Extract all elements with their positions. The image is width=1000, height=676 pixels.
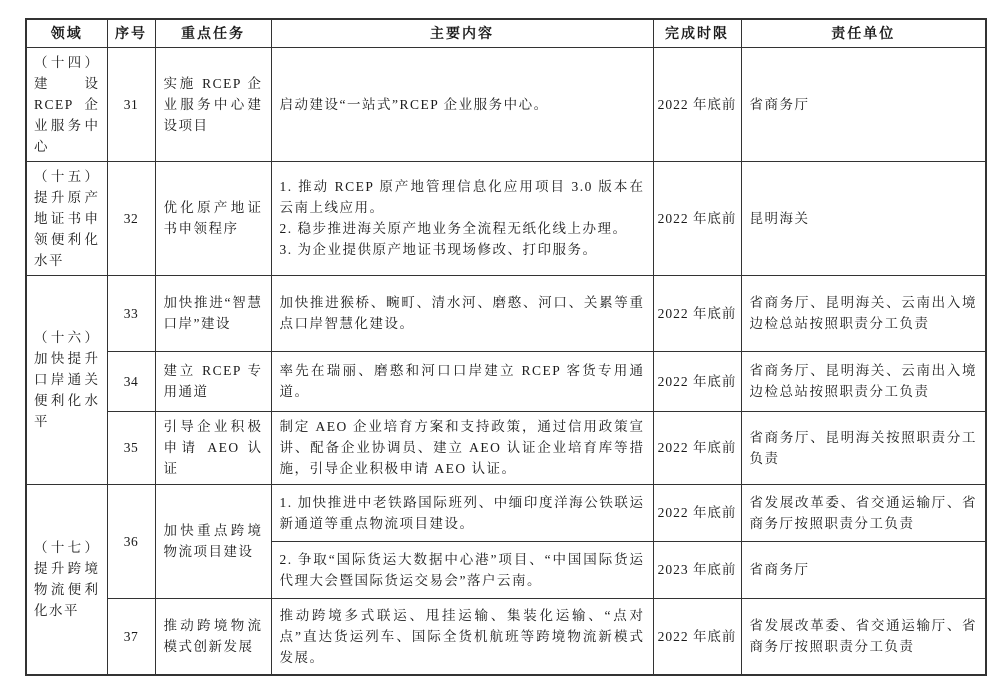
header-task: 重点任务 (155, 19, 271, 47)
cell-unit-37: 省发展改革委、省交通运输厅、省商务厅按照职责分工负责 (741, 598, 986, 641)
cell-task-31: 实施 RCEP 企业服务中心建设项目 (155, 47, 271, 161)
header-deadline: 完成时限 (653, 19, 741, 47)
cell-unit-33: 省商务厅、昆明海关、云南出入境边检总站按照职责分工负责 (741, 275, 986, 351)
cell-unit-34: 省商务厅、昆明海关、云南出入境边检总站按照职责分工负责 (741, 351, 986, 411)
cell-content-36b: 2. 争取“国际货运大数据中心港”项目、“中国国际货运代理大会暨国际货运交易会”… (271, 541, 653, 598)
cell-content-35: 制定 AEO 企业培育方案和支持政策，通过信用政策宣讲、配备企业协调员、建立 A… (271, 411, 653, 484)
table-row-32: （十五）提升原产地证书申领便利化水平 32 优化原产地证书申领程序 1. 推动 … (26, 161, 986, 275)
cell-number-32: 32 (107, 161, 155, 275)
cell-number-35: 35 (107, 411, 155, 484)
cell-task-33: 加快推进“智慧口岸”建设 (155, 275, 271, 351)
cell-task-36: 加快重点跨境物流项目建设 (155, 484, 271, 598)
cell-task-32: 优化原产地证书申领程序 (155, 161, 271, 275)
task-schedule-table: 领域 序号 重点任务 主要内容 完成时限 责任单位 （十四）建设 RCEP 企业… (25, 18, 987, 641)
cell-domain-17: （十七）提升跨境物流便利化水平 (26, 484, 107, 641)
cell-content-32: 1. 推动 RCEP 原产地管理信息化应用项目 3.0 版本在云南上线应用。 2… (271, 161, 653, 275)
cell-content-34: 率先在瑞丽、磨憨和河口口岸建立 RCEP 客货专用通道。 (271, 351, 653, 411)
cell-unit-35: 省商务厅、昆明海关按照职责分工负责 (741, 411, 986, 484)
cell-number-34: 34 (107, 351, 155, 411)
cell-domain-15: （十五）提升原产地证书申领便利化水平 (26, 161, 107, 275)
table-row-33: （十六）加快提升口岸通关便利化水平 33 加快推进“智慧口岸”建设 加快推进猴桥… (26, 275, 986, 351)
cell-deadline-31: 2022 年底前 (653, 47, 741, 161)
cell-task-37: 推动跨境物流模式创新发展 (155, 598, 271, 641)
cell-unit-31: 省商务厅 (741, 47, 986, 161)
cell-number-37: 37 (107, 598, 155, 641)
cell-deadline-34: 2022 年底前 (653, 351, 741, 411)
cell-task-34: 建立 RCEP 专用通道 (155, 351, 271, 411)
table-row-37: 37 推动跨境物流模式创新发展 推动跨境多式联运、甩挂运输、集装化运输、“点对点… (26, 598, 986, 641)
cell-deadline-36a: 2022 年底前 (653, 484, 741, 541)
cell-deadline-35: 2022 年底前 (653, 411, 741, 484)
cell-deadline-32: 2022 年底前 (653, 161, 741, 275)
header-domain: 领域 (26, 19, 107, 47)
table-row-31: （十四）建设 RCEP 企业服务中心 31 实施 RCEP 企业服务中心建设项目… (26, 47, 986, 161)
header-number: 序号 (107, 19, 155, 47)
cell-content-36a: 1. 加快推进中老铁路国际班列、中缅印度洋海公铁联运新通道等重点物流项目建设。 (271, 484, 653, 541)
cell-unit-32: 昆明海关 (741, 161, 986, 275)
cell-unit-36b: 省商务厅 (741, 541, 986, 598)
cell-task-35: 引导企业积极申请 AEO 认证 (155, 411, 271, 484)
content-line: 1. 推动 RCEP 原产地管理信息化应用项目 3.0 版本在云南上线应用。 (280, 176, 645, 218)
cell-deadline-33: 2022 年底前 (653, 275, 741, 351)
cell-number-31: 31 (107, 47, 155, 161)
table-row-36a: （十七）提升跨境物流便利化水平 36 加快重点跨境物流项目建设 1. 加快推进中… (26, 484, 986, 541)
cell-number-33: 33 (107, 275, 155, 351)
cell-domain-14: （十四）建设 RCEP 企业服务中心 (26, 47, 107, 161)
header-row: 领域 序号 重点任务 主要内容 完成时限 责任单位 (26, 19, 986, 47)
header-content: 主要内容 (271, 19, 653, 47)
cell-number-36: 36 (107, 484, 155, 598)
cell-deadline-37: 2022 年底前 (653, 598, 741, 641)
cell-content-33: 加快推进猴桥、畹町、清水河、磨憨、河口、关累等重点口岸智慧化建设。 (271, 275, 653, 351)
table-row-34: 34 建立 RCEP 专用通道 率先在瑞丽、磨憨和河口口岸建立 RCEP 客货专… (26, 351, 986, 411)
cell-unit-36a: 省发展改革委、省交通运输厅、省商务厅按照职责分工负责 (741, 484, 986, 541)
content-line: 2. 稳步推进海关原产地业务全流程无纸化线上办理。 (280, 218, 645, 239)
table-row-35: 35 引导企业积极申请 AEO 认证 制定 AEO 企业培育方案和支持政策，通过… (26, 411, 986, 484)
content-line: 3. 为企业提供原产地证书现场修改、打印服务。 (280, 239, 645, 260)
header-unit: 责任单位 (741, 19, 986, 47)
cell-domain-16: （十六）加快提升口岸通关便利化水平 (26, 275, 107, 484)
cell-deadline-36b: 2023 年底前 (653, 541, 741, 598)
cell-content-31: 启动建设“一站式”RCEP 企业服务中心。 (271, 47, 653, 161)
cell-content-37: 推动跨境多式联运、甩挂运输、集装化运输、“点对点”直达货运列车、国际全货机航班等… (271, 598, 653, 641)
